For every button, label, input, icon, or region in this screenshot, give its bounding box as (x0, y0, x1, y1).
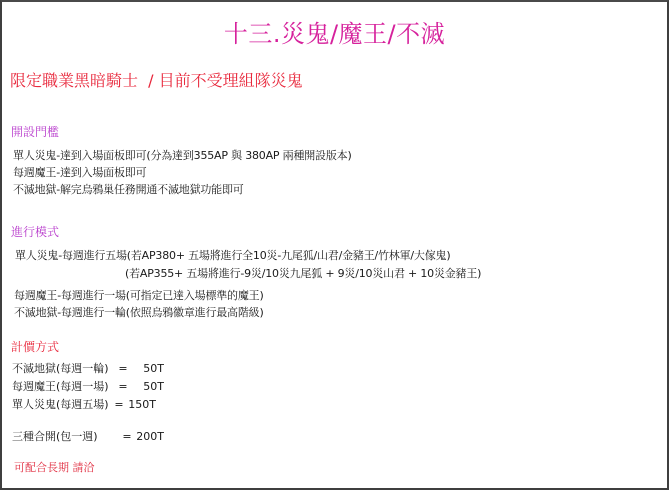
price-equals: = (112, 363, 134, 374)
price-item-name: 三種合開(包一週) (12, 431, 120, 442)
price-value: 50T (134, 363, 164, 374)
price-row: 每週魔王(每週一場) = 50T (12, 381, 164, 392)
price-equals: = (112, 381, 134, 392)
section-heading-pricing: 計價方式 (11, 341, 59, 353)
section-heading-requirements: 開設門檻 (11, 126, 59, 138)
mode-line: 單人災鬼-每週進行五場(若AP380+ 五場將進行全10災-九尾狐/山君/金豬王… (15, 250, 450, 261)
mode-line: 不滅地獄-每週進行一輪(依照烏鴉徽章進行最高階級) (14, 307, 264, 318)
page-title: 十三.災鬼/魔王/不滅 (2, 22, 667, 46)
price-row: 單人災鬼(每週五場) = 150T (12, 399, 156, 410)
requirement-line: 每週魔王-達到入場面板即可 (13, 167, 146, 178)
price-item-name: 每週魔王(每週一場) (12, 381, 112, 392)
class-restriction-notice: 限定職業黑暗騎士 / 目前不受理組隊災鬼 (10, 73, 303, 89)
price-row: 三種合開(包一週) = 200T (12, 431, 164, 442)
mode-line-continuation: (若AP355+ 五場將進行-9災/10災九尾狐 + 9災/10災山君 + 10… (125, 268, 481, 279)
price-value: 50T (134, 381, 164, 392)
price-equals: = (112, 399, 126, 410)
price-item-name: 不滅地獄(每週一輪) (12, 363, 112, 374)
requirement-line: 不滅地獄-解完烏鴉巢任務開通不滅地獄功能即可 (13, 184, 244, 195)
price-equals: = (120, 431, 134, 442)
price-row: 不滅地獄(每週一輪) = 50T (12, 363, 164, 374)
section-heading-modes: 進行模式 (11, 226, 59, 238)
mode-line: 每週魔王-每週進行一場(可指定已達入場標準的魔王) (14, 290, 264, 301)
price-value: 150T (126, 399, 156, 410)
document-frame: 十三.災鬼/魔王/不滅 限定職業黑暗騎士 / 目前不受理組隊災鬼 開設門檻 單人… (0, 0, 669, 490)
price-item-name: 單人災鬼(每週五場) (12, 399, 112, 410)
requirement-line: 單人災鬼-達到入場面板即可(分為達到355AP 與 380AP 兩種開設版本) (13, 150, 352, 161)
price-value: 200T (134, 431, 164, 442)
contact-note: 可配合長期 請洽 (14, 462, 95, 473)
